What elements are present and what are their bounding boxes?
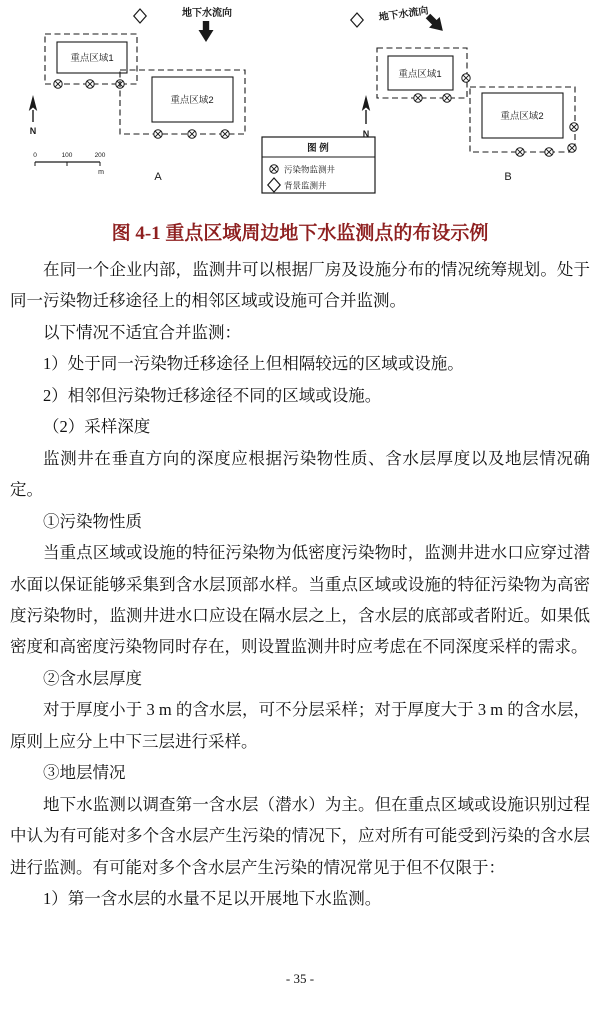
pollutant-well-icon bbox=[54, 80, 62, 88]
key-area-2-label-a: 重点区域2 bbox=[170, 94, 213, 106]
paragraph: 1）第一含水层的水量不足以开展地下水监测。 bbox=[10, 883, 590, 914]
diagram-b-label: B bbox=[504, 171, 511, 183]
background-well-icon bbox=[134, 9, 146, 23]
body-text: 在同一个企业内部，监测井可以根据厂房及设施分布的情况统筹规划。处于同一污染物迁移… bbox=[0, 254, 600, 915]
pollutant-well-icon bbox=[270, 165, 278, 173]
paragraph: 当重点区域或设施的特征污染物为低密度污染物时，监测井进水口应穿过潜水面以保证能够… bbox=[10, 537, 590, 663]
document-page: 地下水流向 重点区域1 重点区域2 N bbox=[0, 0, 600, 1009]
paragraph: （2）采样深度 bbox=[10, 411, 590, 442]
diagram-a-label: A bbox=[154, 171, 162, 183]
pollutant-well-icon bbox=[516, 148, 524, 156]
pollutant-well-icon bbox=[188, 130, 196, 138]
paragraph: ①污染物性质 bbox=[10, 506, 590, 537]
paragraph: 1）处于同一污染物迁移途径上但相隔较远的区域或设施。 bbox=[10, 348, 590, 379]
flow-arrow-icon bbox=[199, 21, 214, 42]
background-well-icon bbox=[351, 13, 363, 27]
legend-box: 图 例 污染物监测井 背景监测井 bbox=[262, 137, 375, 193]
scale-tick-label: 0 bbox=[33, 152, 37, 159]
pollutant-well-icon bbox=[221, 130, 229, 138]
legend-title: 图 例 bbox=[307, 142, 329, 154]
scale-bar: 0 100 200 m bbox=[33, 152, 106, 176]
north-arrow-icon bbox=[29, 95, 37, 111]
key-area-1-label-b: 重点区域1 bbox=[398, 68, 441, 80]
pollutant-well-icon bbox=[86, 80, 94, 88]
scale-unit-label: m bbox=[98, 169, 104, 176]
north-label-a: N bbox=[30, 126, 37, 136]
key-area-2-label-b: 重点区域2 bbox=[500, 110, 543, 122]
pollutant-well-icon bbox=[443, 94, 451, 102]
paragraph: 2）相邻但污染物迁移途径不同的区域或设施。 bbox=[10, 380, 590, 411]
paragraph: 地下水监测以调查第一含水层（潜水）为主。但在重点区域或设施识别过程中认为有可能对… bbox=[10, 789, 590, 883]
pollutant-well-icon bbox=[414, 94, 422, 102]
paragraph: 以下情况不适宜合并监测： bbox=[10, 317, 590, 348]
pollutant-well-icon bbox=[570, 123, 578, 131]
key-area-1-label-a: 重点区域1 bbox=[70, 52, 113, 64]
north-arrow-icon bbox=[362, 95, 370, 111]
paragraph: ②含水层厚度 bbox=[10, 663, 590, 694]
legend-item-pollutant-well: 污染物监测井 bbox=[284, 165, 336, 175]
pollutant-well-icon bbox=[154, 130, 162, 138]
figure-monitoring-layout: 地下水流向 重点区域1 重点区域2 N bbox=[0, 0, 600, 205]
pollutant-well-icon bbox=[568, 144, 576, 152]
paragraph: 监测井在垂直方向的深度应根据污染物性质、含水层厚度以及地层情况确定。 bbox=[10, 443, 590, 506]
flow-direction-label-a: 地下水流向 bbox=[182, 6, 232, 19]
figure-caption: 图 4-1 重点区域周边地下水监测点的布设示例 bbox=[0, 218, 600, 245]
paragraph: ③地层情况 bbox=[10, 757, 590, 788]
flow-direction-label-b: 地下水流向 bbox=[378, 4, 429, 24]
paragraph: 对于厚度小于 3 m 的含水层，可不分层采样；对于厚度大于 3 m 的含水层，原… bbox=[10, 694, 590, 757]
figure-svg: 地下水流向 重点区域1 重点区域2 N bbox=[0, 0, 600, 205]
scale-tick-label: 100 bbox=[62, 152, 73, 159]
pollutant-well-icon bbox=[545, 148, 553, 156]
paragraph: 在同一个企业内部，监测井可以根据厂房及设施分布的情况统筹规划。处于同一污染物迁移… bbox=[10, 254, 590, 317]
pollutant-well-icon bbox=[462, 74, 470, 82]
scale-tick-label: 200 bbox=[95, 152, 106, 159]
page-number: - 35 - bbox=[0, 971, 600, 987]
legend-item-background-well: 背景监测井 bbox=[284, 181, 327, 191]
